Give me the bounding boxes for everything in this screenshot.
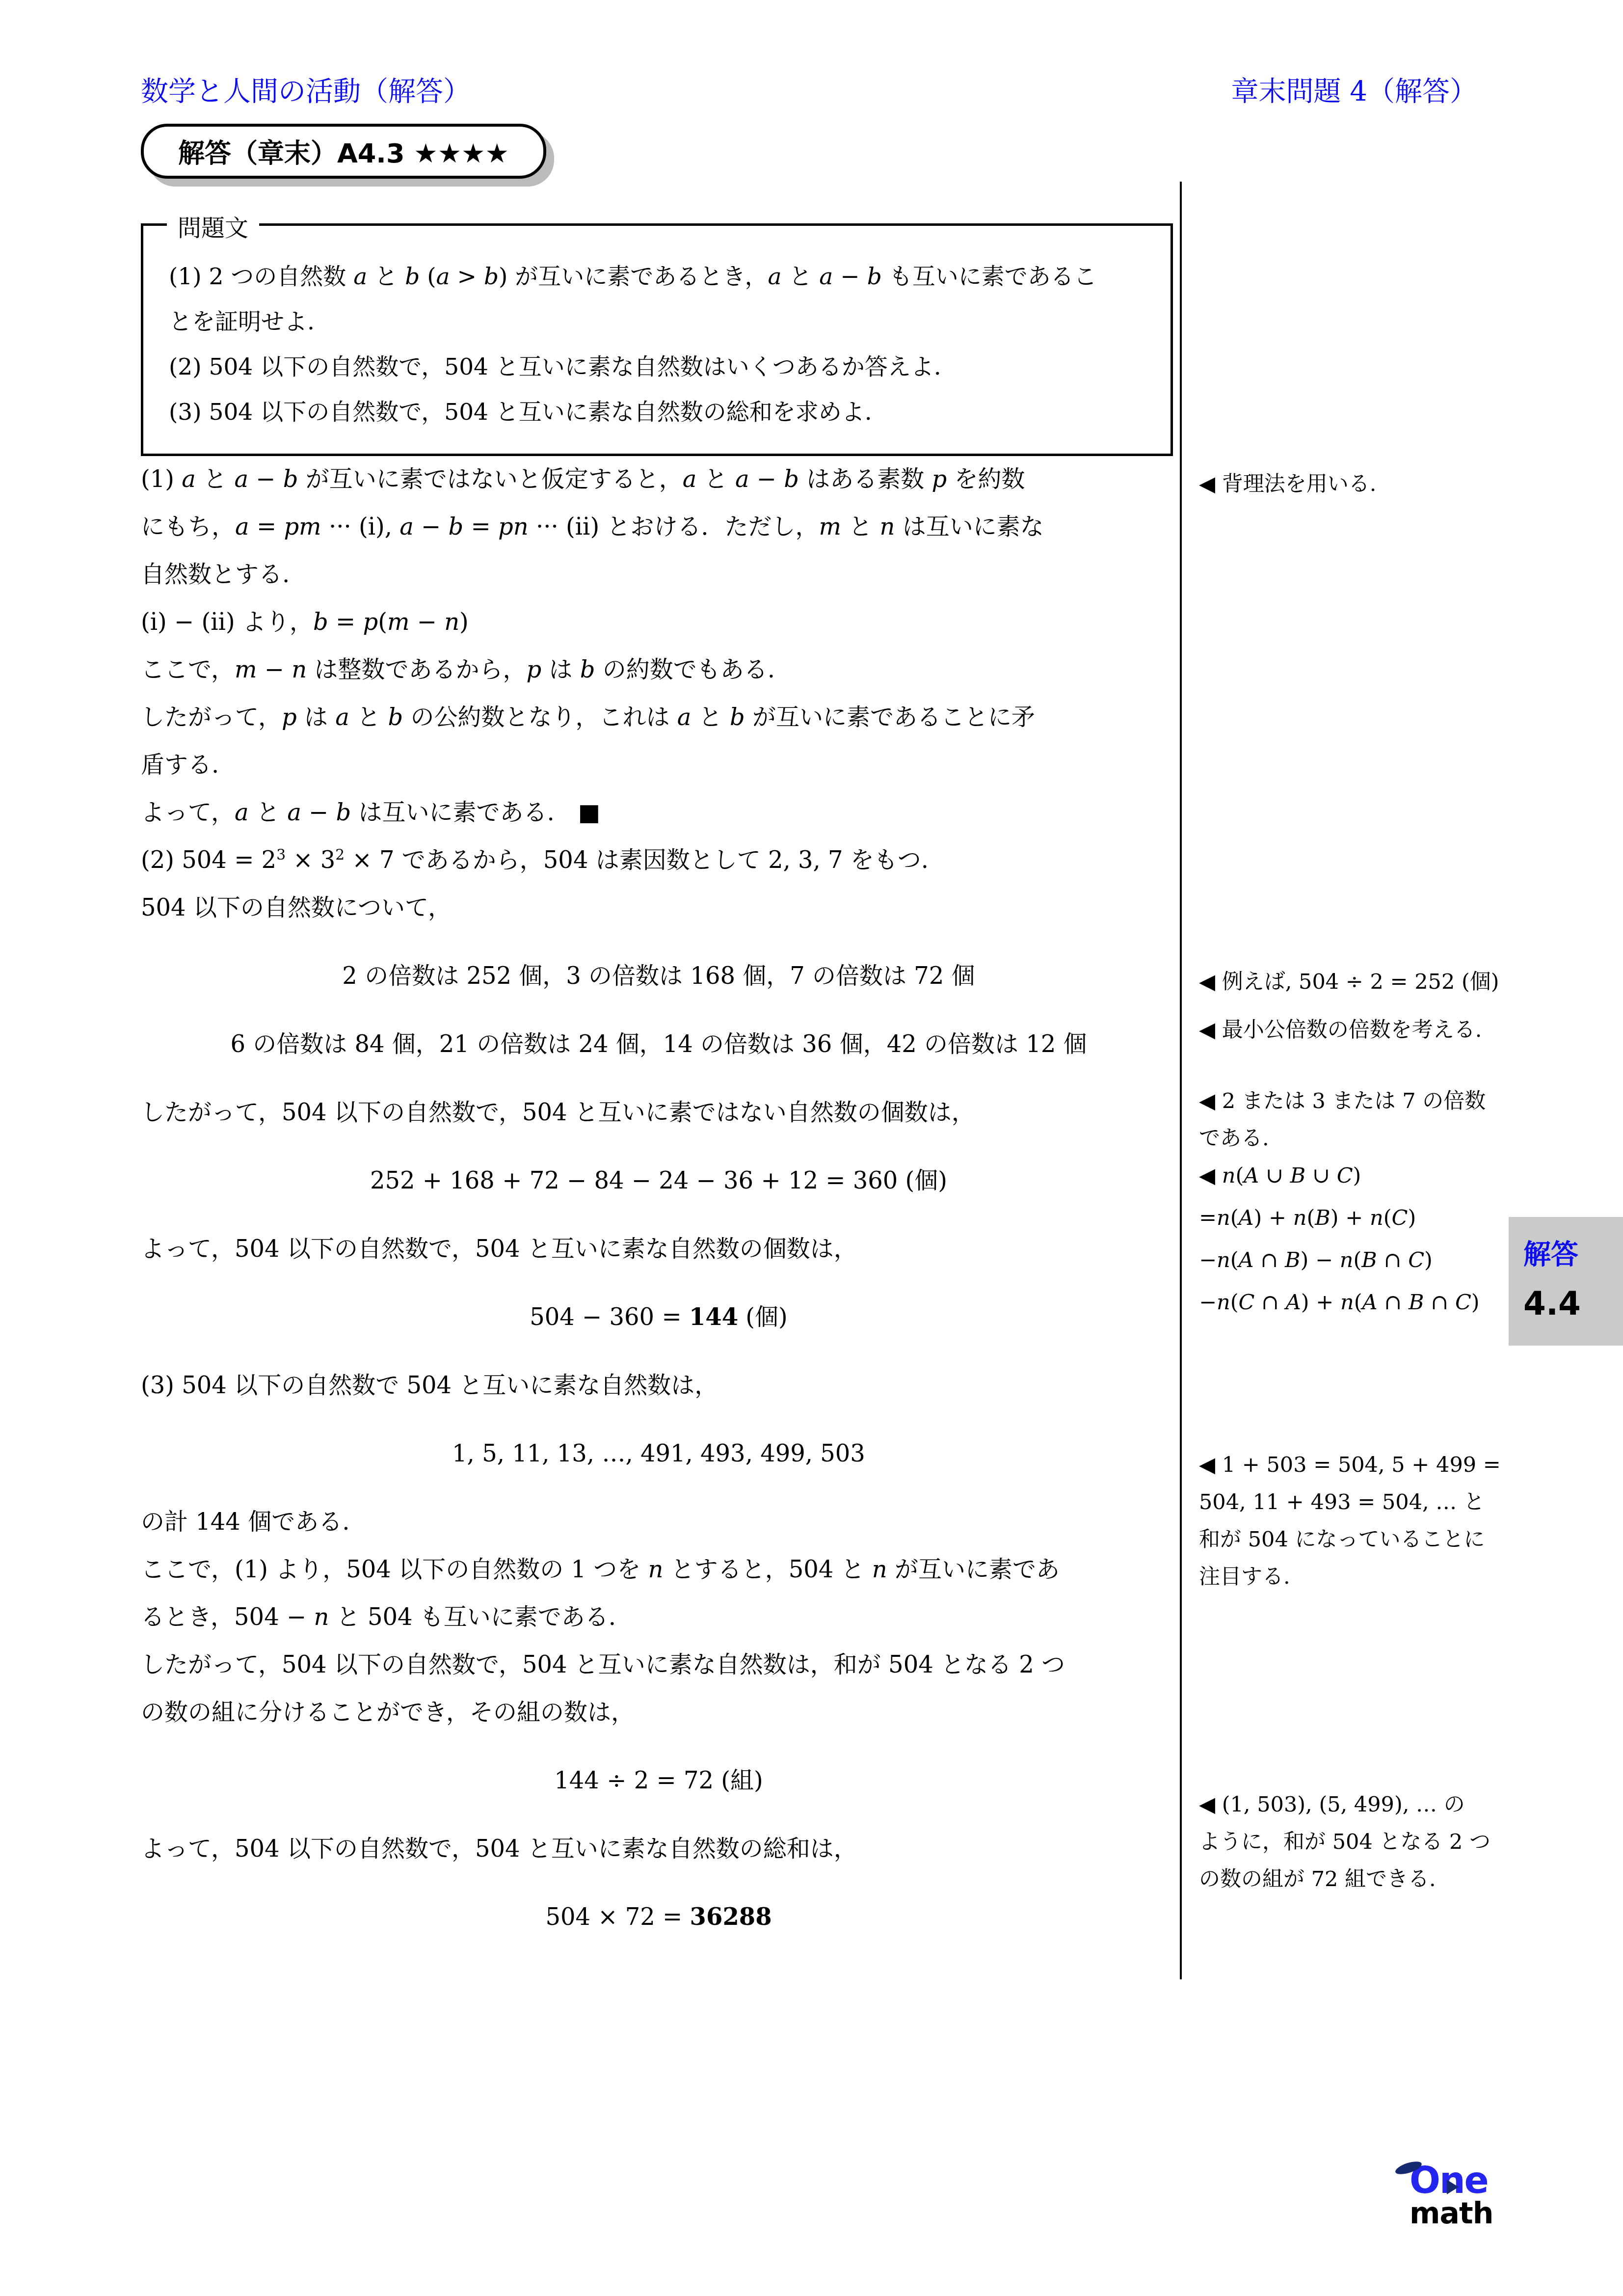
problem-box-label: 問題文	[167, 209, 259, 243]
margin-note: ◀ (1, 503), (5, 499), … の ように，和が 504 となる…	[1199, 1786, 1616, 1898]
solution-line: ここで，m − n は整数であるから，p は b の約数でもある.	[141, 646, 1176, 694]
solution-equation: 504 − 360 = 144 (個)	[141, 1294, 1176, 1341]
problem-box: 問題文 (1) 2 つの自然数 a と b (a > b) が互いに素であるとき…	[141, 223, 1173, 456]
header-left: 数学と人間の活動（解答）	[141, 70, 471, 109]
header-right: 章末問題 4（解答）	[1231, 70, 1477, 109]
solution-equation: 504 × 72 = 36288	[141, 1893, 1176, 1941]
solution-equation: 252 + 168 + 72 − 84 − 24 − 36 + 12 = 360…	[141, 1157, 1176, 1205]
margin-note-line: 注目する.	[1199, 1558, 1616, 1595]
margin-note-line: ◀ 1 + 503 = 504, 5 + 499 =	[1199, 1446, 1616, 1484]
solution-line: にもち，a = pm ··· (i), a − b = pn ··· (ii) …	[141, 503, 1176, 551]
solution-line: (i) − (ii) より，b = p(m − n)	[141, 598, 1176, 646]
problem-line: (1) 2 つの自然数 a と b (a > b) が互いに素であるとき，a と…	[169, 254, 1145, 299]
margin-note-line: である.	[1199, 1120, 1616, 1157]
solution-line: よって，504 以下の自然数で，504 と互いに素な自然数の総和は，	[141, 1825, 1176, 1873]
problem-line: (2) 504 以下の自然数で，504 と互いに素な自然数はいくつあるか答えよ.	[169, 345, 1145, 390]
solution-body: (1) a と a − b が互いに素ではないと仮定すると，a と a − b …	[141, 456, 1176, 1962]
solution-line: 盾する.	[141, 741, 1176, 789]
answer-side-tab-label: 解答	[1523, 1233, 1578, 1272]
margin-note: ◀ 背理法を用いる.	[1199, 465, 1616, 503]
margin-note-line: ◀ (1, 503), (5, 499), … の	[1199, 1786, 1616, 1823]
solution-equation: 1, 5, 11, 13, …, 491, 493, 499, 503	[141, 1430, 1176, 1478]
margin-note-line: 和が 504 になっていることに	[1199, 1521, 1616, 1558]
solution-line: したがって，504 以下の自然数で，504 と互いに素ではない自然数の個数は，	[141, 1089, 1176, 1136]
margin-note-line: ◀ 最小公倍数の倍数を考える.	[1199, 1011, 1616, 1049]
margin-note-line: の数の組が 72 組できる.	[1199, 1861, 1616, 1898]
solution-equation: 6 の倍数は 84 個，21 の倍数は 24 個，14 の倍数は 36 個，42…	[141, 1021, 1176, 1068]
page: 数学と人間の活動（解答） 章末問題 4（解答） 解答（章末）A4.3 ★★★★ …	[0, 0, 1623, 2296]
solution-line: したがって，p は a と b の公約数となり，これは a と b が互いに素で…	[141, 694, 1176, 741]
solution-line: ここで，(1) より，504 以下の自然数の 1 つを n とすると，504 と…	[141, 1546, 1176, 1594]
logo-beak-icon	[1447, 2180, 1459, 2194]
answer-side-tab: 解答 4.4	[1509, 1217, 1623, 1346]
margin-note: ◀ 1 + 503 = 504, 5 + 499 = 504, 11 + 493…	[1199, 1446, 1616, 1595]
solution-line: よって，504 以下の自然数で，504 と互いに素な自然数の個数は，	[141, 1225, 1176, 1273]
solution-equation: 2 の倍数は 252 個，3 の倍数は 168 個，7 の倍数は 72 個	[141, 952, 1176, 1000]
solution-line: の計 144 個である.	[141, 1498, 1176, 1546]
solution-line: (3) 504 以下の自然数で 504 と互いに素な自然数は，	[141, 1362, 1176, 1409]
margin-note: ◀ 最小公倍数の倍数を考える.	[1199, 1011, 1616, 1049]
answer-badge-label: 解答（章末）A4.3 ★★★★	[178, 133, 509, 170]
solution-line: よって，a と a − b は互いに素である. ■	[141, 789, 1176, 837]
solution-line: 自然数とする.	[141, 551, 1176, 598]
solution-line: したがって，504 以下の自然数で，504 と互いに素な自然数は，和が 504 …	[141, 1641, 1176, 1689]
solution-line: るとき，504 − n と 504 も互いに素である.	[141, 1594, 1176, 1641]
solution-line: 504 以下の自然数について，	[141, 884, 1176, 932]
margin-divider	[1180, 182, 1182, 1979]
answer-badge: 解答（章末）A4.3 ★★★★	[141, 124, 546, 179]
margin-note: ◀ 例えば, 504 ÷ 2 = 252 (個)	[1199, 963, 1616, 1000]
answer-side-tab-number: 4.4	[1523, 1285, 1581, 1323]
onemath-logo: One math	[1410, 2164, 1517, 2228]
margin-note-line: ◀ n(A ∪ B ∪ C)	[1199, 1155, 1616, 1197]
margin-note-line: ◀ 2 または 3 または 7 の倍数	[1199, 1082, 1616, 1120]
logo-text-one: One	[1410, 2164, 1517, 2197]
solution-line: の数の組に分けることができ，その組の数は，	[141, 1689, 1176, 1736]
solution-line: (2) 504 = 23 × 32 × 7 であるから，504 は素因数として …	[141, 837, 1176, 884]
margin-note-line: ◀ 背理法を用いる.	[1199, 465, 1616, 503]
margin-note-line: 504, 11 + 493 = 504, … と	[1199, 1484, 1616, 1521]
margin-note: ◀ 2 または 3 または 7 の倍数 である.	[1199, 1082, 1616, 1157]
problem-line: (3) 504 以下の自然数で，504 と互いに素な自然数の総和を求めよ.	[169, 390, 1145, 435]
logo-text-math: math	[1410, 2199, 1517, 2228]
solution-equation: 144 ÷ 2 = 72 (組)	[141, 1757, 1176, 1805]
solution-line: (1) a と a − b が互いに素ではないと仮定すると，a と a − b …	[141, 456, 1176, 503]
problem-line: とを証明せよ.	[169, 299, 1145, 345]
margin-note-line: ◀ 例えば, 504 ÷ 2 = 252 (個)	[1199, 963, 1616, 1000]
margin-note-line: ように，和が 504 となる 2 つ	[1199, 1823, 1616, 1861]
